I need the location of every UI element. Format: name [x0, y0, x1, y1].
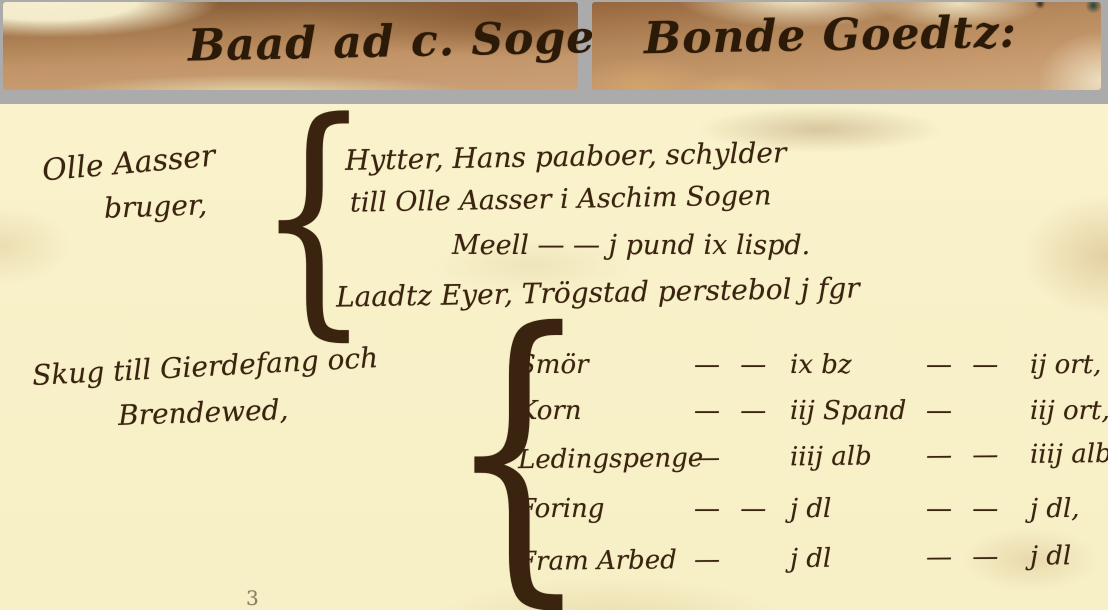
account-row-ledingspenge: Ledingspenge — iiij alb — — iiij alb:: [518, 439, 1108, 475]
manuscript-page: Olle Aasser bruger, { Hytter, Hans paabo…: [0, 104, 1108, 610]
entry1-line4: Laadtz Eyer, Trögstad perstebol j fgr: [336, 271, 860, 313]
row-amount: iij Spand: [790, 396, 926, 426]
row-tax: ij ort,: [1030, 350, 1101, 380]
account-row-fram-arbed: Fram Arbed — j dl — — j dl: [518, 541, 1072, 577]
row-item: Smör: [518, 350, 694, 380]
entry2-margin-line1: Skug till Gierdefang och: [31, 341, 379, 392]
account-row-korn: Korn — — iij Spand — iij ort,: [518, 396, 1108, 426]
row-item: Korn: [518, 396, 694, 426]
entry1-line3: Meell — — j pund ix lispd.: [452, 230, 810, 261]
row-item: Foring: [518, 494, 694, 524]
row-tax: iiij alb:: [1030, 439, 1108, 470]
entry1-line2: till Olle Aasser i Aschim Sogen: [350, 180, 772, 218]
account-row-smor: Smör — — ix bz — — ij ort,: [518, 350, 1101, 380]
row-dash: —: [926, 396, 1030, 426]
stray-ink-mark: 3: [246, 586, 259, 610]
row-item: Fram Arbed: [518, 545, 694, 577]
row-tax: iij ort,: [1030, 396, 1108, 426]
row-dash: — —: [926, 494, 1030, 524]
entry1-margin-role: bruger,: [103, 188, 207, 225]
property-type-title: Bonde Goedtz:: [644, 7, 1018, 64]
row-amount: j dl: [790, 494, 926, 524]
row-dash: — —: [926, 542, 1030, 573]
row-dash: — —: [926, 350, 1030, 380]
entry1-line1: Hytter, Hans paaboer, schylder: [345, 136, 787, 177]
row-amount: iiij alb: [790, 441, 926, 472]
row-tax: j dl: [1030, 541, 1072, 571]
entry1-margin-name: Olle Aasser: [41, 139, 217, 189]
row-tax: j dl,: [1030, 494, 1080, 524]
row-dash: — —: [694, 396, 790, 426]
row-amount: j dl: [790, 543, 926, 574]
row-dash: —: [694, 544, 790, 575]
row-dash: —: [694, 442, 790, 473]
manuscript-scan: Baad ad c. Sogen Bonde Goedtz: Olle Aass…: [0, 0, 1108, 610]
header-strip-right: Bonde Goedtz:: [592, 2, 1101, 90]
account-row-foring: Foring — — j dl — — j dl,: [518, 494, 1080, 524]
row-item: Ledingspenge: [518, 443, 694, 475]
row-amount: ix bz: [790, 350, 926, 380]
entry2-margin-line2: Brendewed,: [117, 393, 288, 432]
row-dash: — —: [926, 440, 1030, 471]
row-dash: — —: [694, 350, 790, 380]
row-dash: — —: [694, 494, 790, 524]
parish-title: Baad ad c. Sogen: [188, 11, 629, 71]
